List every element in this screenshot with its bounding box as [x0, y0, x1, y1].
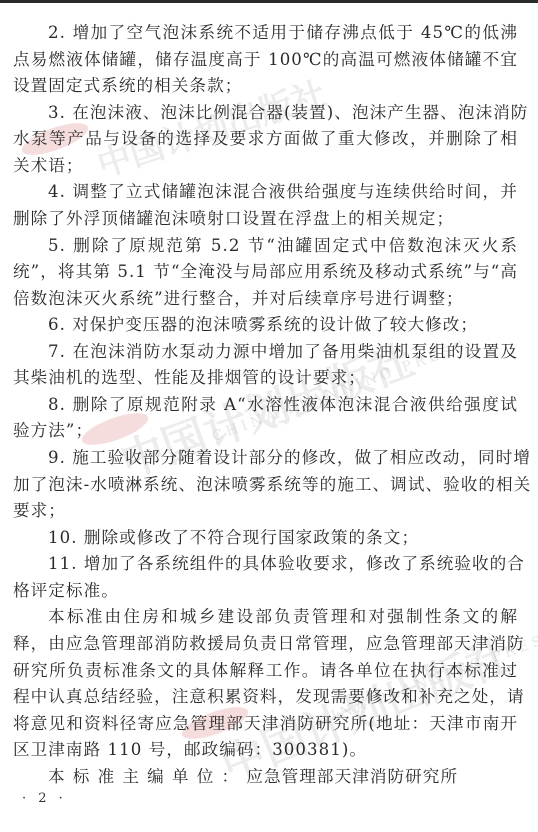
text-line: 研究所负责标准条文的具体解释工作。请各单位在执行本标准过	[13, 658, 518, 685]
text-line: 7. 在泡沫消防水泵动力源中增加了备用柴油机泵组的设置及	[13, 339, 518, 366]
text-line: 5. 删除了原规范第 5.2 节“油罐固定式中倍数泡沫灭火系	[13, 233, 518, 260]
text-line: 其柴油机的选型、性能及排烟管的设计要求；	[13, 365, 523, 392]
text-line: 程中认真总结经验，注意积累资料，发现需要修改和补充之处，请	[13, 684, 518, 711]
text-line: 9. 施工验收部分随着设计部分的修改，做了相应改动，同时增	[13, 445, 518, 472]
page-number: · 2 ·	[22, 791, 67, 806]
text-line: 加了泡沫-水喷淋系统、泡沫喷雾系统等的施工、调试、验收的相关	[13, 472, 518, 499]
editor-value: 应急管理部天津消防研究所	[246, 767, 458, 786]
text-line: 水泵等产品与设备的选择及要求方面做了重大修改，并删除了相	[13, 126, 518, 153]
text-line: 10. 删除或修改了不符合现行国家政策的条文；	[13, 525, 523, 552]
editor-label: 本标准主编单位：	[48, 767, 246, 786]
text-line: 关术语；	[13, 153, 523, 180]
text-line: 区卫津南路 110 号，邮政编码：300381)。	[13, 737, 523, 764]
text-line: 要求；	[13, 498, 523, 525]
top-edge-bar	[0, 0, 538, 3]
text-line: 6. 对保护变压器的泡沫喷雾系统的设计做了较大修改；	[13, 312, 523, 339]
text-line: 设置固定式系统的相关条款；	[13, 73, 523, 100]
text-line: 释，由应急管理部消防救援局负责日常管理，应急管理部天津消防	[13, 631, 518, 658]
text-line: 将意见和资料径寄应急管理部天津消防研究所(地址：天津市南开	[13, 711, 518, 738]
text-line: 验方法”；	[13, 418, 523, 445]
text-line: 格评定标准。	[13, 578, 523, 605]
text-line: 倍数泡沫灭火系统”进行整合，并对后续章序号进行调整；	[13, 286, 523, 313]
text-line: 删除了外浮顶储罐泡沫喷射口设置在浮盘上的相关规定；	[13, 206, 523, 233]
text-line: 8. 删除了原规范附录 A“水溶性液体泡沫混合液供给强度试	[13, 392, 518, 419]
text-line: 11. 增加了各系统组件的具体验收要求，修改了系统验收的合	[13, 551, 518, 578]
document-page: 2. 增加了空气泡沫系统不适用于储存沸点低于 45℃的低沸点易燃液体储罐，储存温…	[13, 20, 523, 790]
text-line: 4. 调整了立式储罐泡沫混合液供给强度与连续供给时间，并	[13, 179, 518, 206]
text-line: 3. 在泡沫液、泡沫比例混合器(装置)、泡沫产生器、泡沫消防	[13, 100, 518, 127]
text-line: 本标准主编单位：应急管理部天津消防研究所	[13, 764, 523, 791]
text-line: 本标准由住房和城乡建设部负责管理和对强制性条文的解	[13, 604, 518, 631]
text-line: 2. 增加了空气泡沫系统不适用于储存沸点低于 45℃的低沸	[13, 20, 518, 47]
text-line: 统”，将其第 5.1 节“全淹没与局部应用系统及移动式系统”与“高	[13, 259, 518, 286]
text-line: 点易燃液体储罐，储存温度高于 100℃的高温可燃液体储罐不宜	[13, 47, 518, 74]
